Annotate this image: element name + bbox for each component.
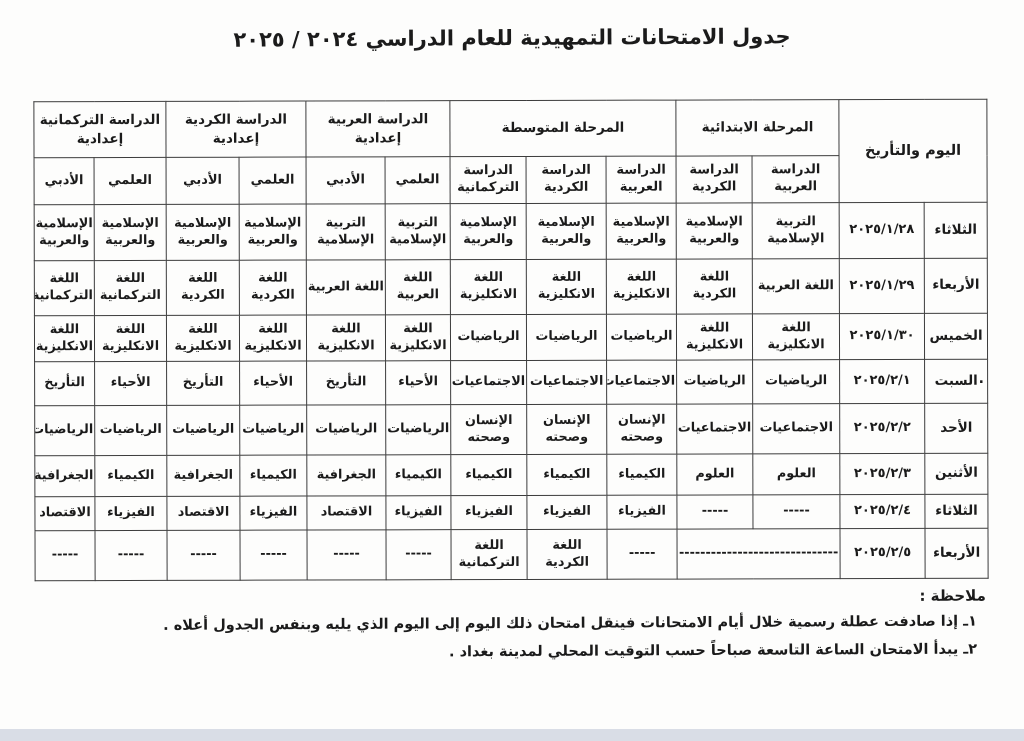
exam-cell: الإسلامية والعربية bbox=[676, 203, 752, 259]
exam-cell: الأحياء bbox=[385, 361, 450, 405]
date-cell: ٢٠٢٥/١/٣٠ bbox=[839, 313, 924, 359]
exam-cell: ----- bbox=[753, 495, 840, 529]
table-row: الخميس ٢٠٢٥/١/٣٠ اللغة الانكليزية اللغة … bbox=[34, 313, 987, 361]
table-row: الثلاثاء ٢٠٢٥/١/٢٨ التربية الإسلامية الإ… bbox=[34, 202, 987, 260]
exam-cell: الجغرافية bbox=[35, 456, 95, 497]
date-cell: ٢٠٢٥/٢/١ bbox=[840, 359, 925, 403]
exam-cell: الاجتماعيات bbox=[607, 360, 677, 404]
date-cell: ٢٠٢٥/٢/٣ bbox=[840, 453, 925, 494]
exam-cell: الأحياء bbox=[94, 361, 166, 405]
exam-cell: العلوم bbox=[753, 454, 840, 495]
header-kurdish-prep: الدراسة الكردية إعدادية bbox=[166, 101, 306, 157]
exam-cell-primary-merged: ------------------------------ bbox=[677, 529, 840, 579]
exam-cell: التربية الإسلامية bbox=[385, 204, 450, 260]
exam-cell: الإسلامية والعربية bbox=[166, 204, 239, 260]
exam-cell: اللغة العربية bbox=[306, 260, 385, 315]
day-cell: الثلاثاء bbox=[924, 202, 987, 258]
exam-cell: اللغة العربية bbox=[752, 259, 839, 314]
exam-cell: الفيزياء bbox=[527, 495, 607, 529]
exam-cell: الإنسان وصحته bbox=[607, 404, 677, 454]
subheader-primary-kurdish: الدراسة الكردية bbox=[676, 156, 752, 203]
exam-cell: اللغة الانكليزية bbox=[676, 314, 752, 360]
exam-cell: اللغة الانكليزية bbox=[526, 259, 606, 314]
header-turkmen-prep: الدراسة التركمانية إعدادية bbox=[34, 101, 166, 157]
subheader-ar-prep-scientific: العلمي bbox=[385, 157, 450, 204]
exam-cell: الاجتماعيات bbox=[677, 404, 753, 454]
day-cell: الأحد bbox=[925, 403, 988, 453]
exam-cell: التأريخ bbox=[306, 361, 385, 405]
exam-cell: الفيزياء bbox=[386, 496, 451, 530]
exam-cell: اللغة الانكليزية bbox=[450, 259, 526, 314]
exam-cell: الإسلامية والعربية bbox=[94, 204, 166, 260]
subheader-mid-kurdish: الدراسة الكردية bbox=[526, 156, 606, 203]
exam-cell: التأريخ bbox=[34, 362, 94, 406]
exam-cell: الكيمياء bbox=[95, 455, 167, 496]
exam-cell: الاقتصاد bbox=[167, 496, 240, 530]
exam-cell: اللغة الانكليزية bbox=[166, 315, 239, 361]
date-cell: ٢٠٢٥/٢/٢ bbox=[840, 403, 925, 453]
exam-cell: الاقتصاد bbox=[307, 496, 386, 530]
table-row: الأربعاء ٢٠٢٥/١/٢٩ اللغة العربية اللغة ا… bbox=[34, 258, 987, 315]
exam-cell: الرياضيات bbox=[386, 405, 451, 455]
exam-cell: الجغرافية bbox=[307, 455, 386, 496]
subheader-tu-prep-scientific: العلمي bbox=[94, 157, 166, 204]
exam-cell: الرياضيات bbox=[753, 360, 840, 404]
exam-cell: الرياضيات bbox=[307, 405, 386, 455]
exam-cell: الرياضيات bbox=[240, 405, 307, 455]
day-cell: الخميس bbox=[924, 313, 987, 359]
exam-cell: الإسلامية والعربية bbox=[526, 203, 606, 259]
scanned-page: جدول الامتحانات التمهيدية للعام الدراسي … bbox=[0, 0, 1024, 729]
subheader-ar-prep-literary: الأدبي bbox=[306, 157, 385, 204]
exam-cell: اللغة التركمانية bbox=[451, 529, 527, 579]
exam-cell: الفيزياء bbox=[240, 496, 307, 530]
subheader-ku-prep-literary: الأدبي bbox=[166, 157, 239, 204]
exam-cell: ----- bbox=[677, 495, 753, 529]
exam-cell: الكيمياء bbox=[451, 454, 527, 495]
date-cell: ٢٠٢٥/٢/٥ bbox=[840, 528, 925, 578]
exam-cell: اللغة الكردية bbox=[676, 259, 752, 314]
exam-cell: اللغة الانكليزية bbox=[34, 316, 94, 362]
exam-cell: ----- bbox=[167, 530, 240, 580]
date-cell: ٢٠٢٥/١/٢٨ bbox=[839, 202, 924, 258]
notes-section: ملاحظة : ١ـ إذا صادفت عطلة رسمية خلال أي… bbox=[40, 587, 986, 669]
exam-cell: الكيمياء bbox=[607, 454, 677, 495]
day-cell: الأربعاء bbox=[925, 528, 988, 578]
exam-cell: اللغة الكردية bbox=[527, 529, 607, 579]
exam-cell: اللغة العربية bbox=[385, 260, 450, 315]
exam-cell: الرياضيات bbox=[677, 360, 753, 404]
table-row: الأثنين ٢٠٢٥/٢/٣ العلوم العلوم الكيمياء … bbox=[35, 453, 988, 496]
exam-cell: اللغة الانكليزية bbox=[306, 315, 385, 361]
exam-cell: الاقتصاد bbox=[35, 497, 95, 531]
exam-cell: ----- bbox=[35, 531, 95, 581]
subheader-tu-prep-literary: الأدبي bbox=[34, 158, 94, 205]
schedule-table: اليوم والتأريخ المرحلة الابتدائية المرحل… bbox=[33, 99, 988, 581]
exam-cell: التأريخ bbox=[166, 361, 239, 405]
table-row: الثلاثاء ٢٠٢٥/٢/٤ ----- ----- الفيزياء ا… bbox=[35, 494, 988, 530]
date-cell: ٢٠٢٥/٢/٤ bbox=[840, 494, 925, 528]
exam-cell: الفيزياء bbox=[451, 495, 527, 529]
exam-cell: الإسلامية والعربية bbox=[606, 203, 676, 259]
exam-cell: اللغة الكردية bbox=[239, 260, 306, 315]
subheader-mid-arabic: الدراسة العربية bbox=[606, 156, 676, 203]
exam-cell: التربية الإسلامية bbox=[752, 203, 839, 259]
table-row: الأحد ٢٠٢٥/٢/٢ الاجتماعيات الاجتماعيات ا… bbox=[35, 403, 988, 455]
exam-cell: ----- bbox=[607, 529, 677, 579]
header-primary-stage: المرحلة الابتدائية bbox=[676, 100, 839, 156]
exam-cell: الإسلامية والعربية bbox=[34, 205, 94, 261]
subheader-primary-arabic: الدراسة العربية bbox=[752, 156, 839, 203]
page-title: جدول الامتحانات التمهيدية للعام الدراسي … bbox=[0, 23, 1024, 53]
exam-cell: ----- bbox=[240, 530, 307, 580]
notes-heading: ملاحظة : bbox=[40, 587, 986, 610]
exam-cell: الرياضيات bbox=[95, 405, 167, 455]
exam-cell: الكيمياء bbox=[527, 454, 607, 495]
exam-cell: الكيمياء bbox=[240, 455, 307, 496]
exam-cell: الفيزياء bbox=[95, 496, 167, 530]
exam-cell: الإنسان وصحته bbox=[451, 404, 527, 454]
day-cell: الثلاثاء bbox=[925, 494, 988, 528]
header-day-date: اليوم والتأريخ bbox=[839, 99, 987, 202]
exam-cell: الكيمياء bbox=[386, 455, 451, 496]
exam-cell: اللغة الانكليزية bbox=[606, 259, 676, 314]
exam-cell: الاجتماعيات bbox=[527, 360, 607, 404]
exam-cell: الرياضيات bbox=[167, 405, 240, 455]
day-cell: الأثنين bbox=[925, 453, 988, 494]
exam-cell: اللغة التركمانية bbox=[94, 260, 166, 315]
exam-cell: الرياضيات bbox=[35, 406, 95, 456]
header-arabic-prep: الدراسة العربية إعدادية bbox=[306, 101, 450, 157]
subheader-mid-turkmen: الدراسة التركمانية bbox=[450, 156, 526, 203]
exam-cell: الرياضيات bbox=[450, 314, 526, 360]
scan-artifact-dot: . bbox=[979, 371, 984, 387]
exam-cell: العلوم bbox=[677, 454, 753, 495]
exam-cell: الإنسان وصحته bbox=[527, 404, 607, 454]
note-item-2: ٢ـ يبدأ الامتحان الساعة التاسعة صباحاً ح… bbox=[40, 636, 986, 669]
exam-cell: الفيزياء bbox=[607, 495, 677, 529]
exam-cell: الاجتماعيات bbox=[753, 404, 840, 454]
exam-cell: الرياضيات bbox=[606, 314, 676, 360]
header-intermediate-stage: المرحلة المتوسطة bbox=[450, 100, 676, 157]
exam-cell: ----- bbox=[386, 530, 451, 580]
exam-cell: اللغة الانكليزية bbox=[385, 315, 450, 361]
day-cell: الأربعاء bbox=[924, 258, 987, 313]
exam-cell: اللغة الانكليزية bbox=[752, 314, 839, 360]
scan-edge-strip bbox=[0, 729, 1024, 741]
table-row: الأربعاء ٢٠٢٥/٢/٥ ----------------------… bbox=[35, 528, 988, 580]
exam-cell: التربية الإسلامية bbox=[306, 204, 385, 260]
exam-cell: اللغة الكردية bbox=[166, 260, 239, 315]
date-cell: ٢٠٢٥/١/٢٩ bbox=[839, 258, 924, 313]
exam-cell: اللغة الانكليزية bbox=[239, 315, 306, 361]
exam-cell: الإسلامية والعربية bbox=[450, 203, 526, 259]
exam-cell: ----- bbox=[307, 530, 386, 580]
exam-cell: اللغة التركمانية bbox=[34, 261, 94, 316]
exam-cell: الإسلامية والعربية bbox=[239, 204, 306, 260]
exam-cell: ----- bbox=[95, 530, 167, 580]
exam-cell: الأحياء bbox=[239, 361, 306, 405]
table-row: السبت ٢٠٢٥/٢/١ الرياضيات الرياضيات الاجت… bbox=[34, 359, 987, 405]
exam-cell: اللغة الانكليزية bbox=[94, 315, 166, 361]
exam-cell: الرياضيات bbox=[526, 314, 606, 360]
exam-cell: الجغرافية bbox=[167, 455, 240, 496]
exam-cell: الاجتماعيات bbox=[450, 360, 526, 404]
subheader-ku-prep-scientific: العلمي bbox=[239, 157, 306, 204]
